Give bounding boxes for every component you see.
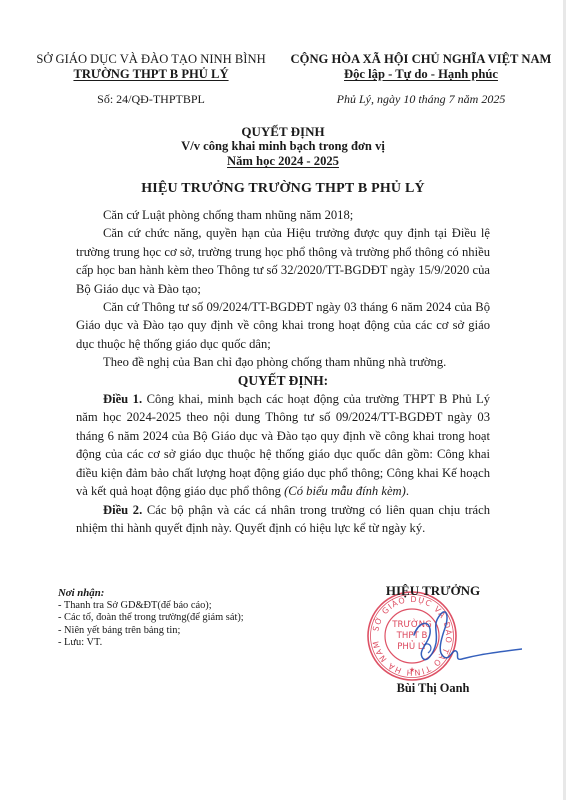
motto: Độc lập - Tự do - Hạnh phúc <box>280 67 562 82</box>
recipient-item: - Lưu: VT. <box>58 637 244 650</box>
department-name: SỞ GIÁO DỤC VÀ ĐÀO TẠO NINH BÌNH <box>20 52 282 67</box>
place-date: Phủ Lý, ngày 10 tháng 7 năm 2025 <box>280 92 562 107</box>
title-decision: QUYẾT ĐỊNH <box>0 124 566 139</box>
document-title: QUYẾT ĐỊNH V/v công khai minh bạch trong… <box>0 124 566 169</box>
signatory-title: HIỆU TRƯỞNG <box>368 583 498 599</box>
article-2-label: Điều 2. <box>103 503 142 517</box>
national-motto: CỘNG HÒA XÃ HỘI CHỦ NGHĨA VIỆT NAM Độc l… <box>280 52 562 82</box>
article-1-note: (Có biểu mẫu đính kèm) <box>284 484 406 498</box>
recipients-label: Nơi nhận: <box>58 587 244 600</box>
issuing-agency: SỞ GIÁO DỤC VÀ ĐÀO TẠO NINH BÌNH TRƯỜNG … <box>20 52 282 82</box>
school-name: TRƯỜNG THPT B PHỦ LÝ <box>20 67 282 82</box>
preamble-1: Căn cứ Luật phòng chống tham nhũng năm 2… <box>76 206 490 224</box>
article-1-label: Điều 1. <box>103 392 142 406</box>
title-school-year: Năm học 2024 - 2025 <box>0 154 566 169</box>
document-body: Căn cứ Luật phòng chống tham nhũng năm 2… <box>76 206 490 537</box>
title-subject: V/v công khai minh bạch trong đơn vị <box>0 139 566 154</box>
recipient-item: - Các tổ, đoàn thể trong trường(để giám … <box>58 612 244 625</box>
article-1: Điều 1. Công khai, minh bạch các hoạt độ… <box>76 390 490 500</box>
document-number: Số: 24/QĐ-THPTBPL <box>20 92 282 107</box>
authority-heading: HIỆU TRƯỞNG TRƯỜNG THPT B PHỦ LÝ <box>0 181 566 197</box>
recipient-item: - Niên yết bảng trên bảng tin; <box>58 625 244 638</box>
preamble-4: Theo đề nghị của Ban chỉ đạo phòng chống… <box>76 353 490 371</box>
preamble-2: Căn cứ chức năng, quyền hạn của Hiệu trư… <box>76 224 490 298</box>
article-2: Điều 2. Các bộ phận và các cá nhân trong… <box>76 501 490 538</box>
signatory-name: Bùi Thị Oanh <box>368 681 498 696</box>
article-1-text: Công khai, minh bạch các hoạt động của t… <box>76 392 490 498</box>
preamble-3: Căn cứ Thông tư số 09/2024/TT-BGDĐT ngày… <box>76 298 490 353</box>
recipient-item: - Thanh tra Sở GD&ĐT(để báo cáo); <box>58 600 244 613</box>
decision-heading: QUYẾT ĐỊNH: <box>76 372 490 390</box>
country-name: CỘNG HÒA XÃ HỘI CHỦ NGHĨA VIỆT NAM <box>280 52 562 67</box>
recipients-block: Nơi nhận: - Thanh tra Sở GD&ĐT(để báo cá… <box>58 587 244 650</box>
signature-icon <box>410 605 522 669</box>
article-1-end: . <box>406 484 409 498</box>
